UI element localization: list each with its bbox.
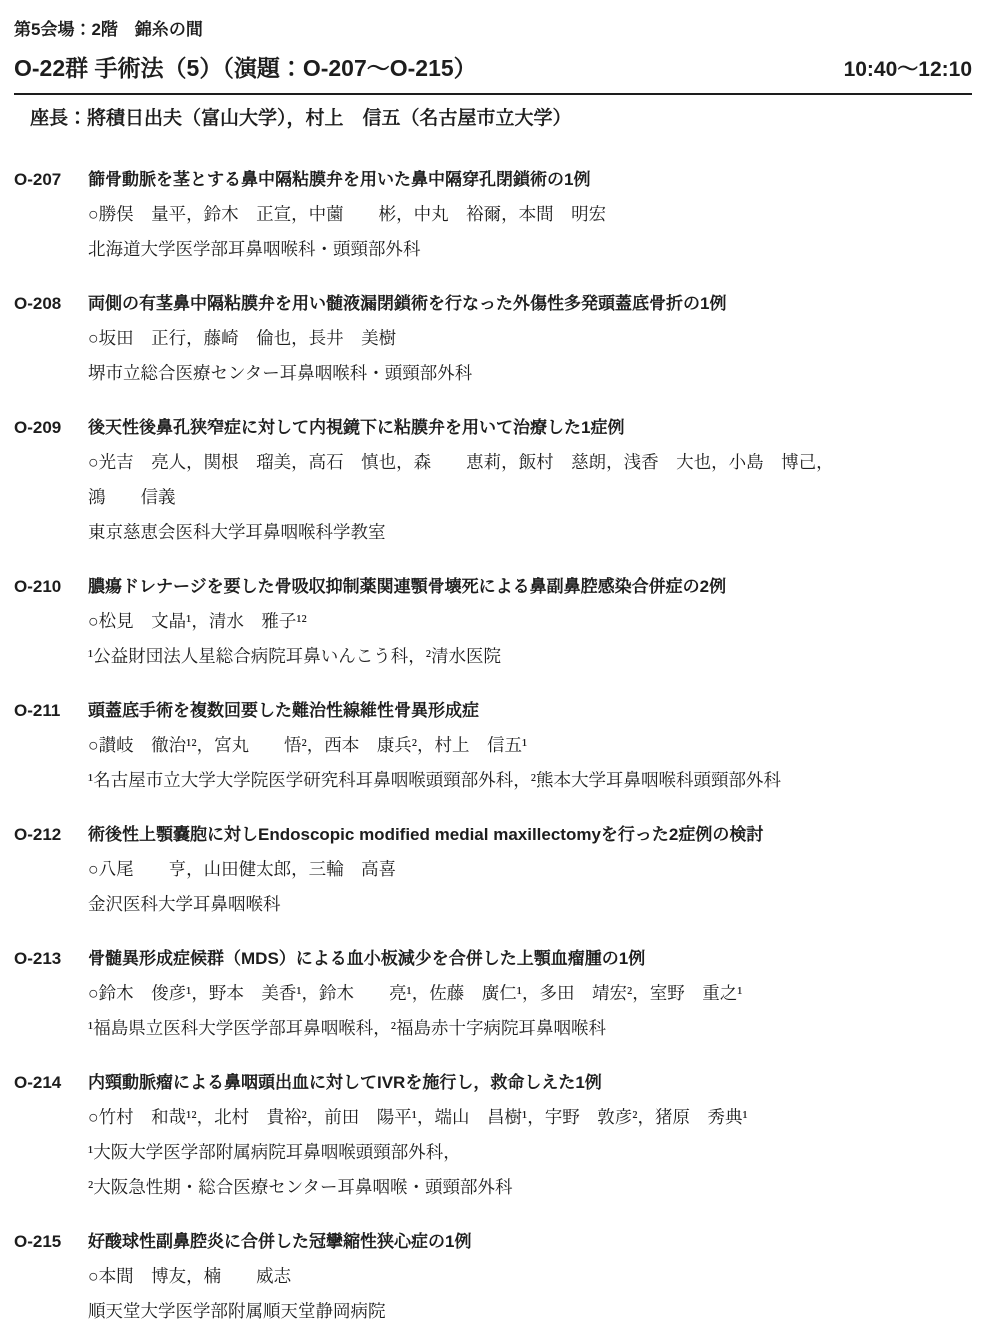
author-affiliation-line: ○本間 博友，楠 威志 bbox=[88, 1259, 972, 1294]
presentation-content: 両側の有茎鼻中隔粘膜弁を用い髄液漏閉鎖術を行なった外傷性多発頭蓋底骨折の1例 ○… bbox=[88, 286, 972, 391]
presentation-title: 好酸球性副鼻腔炎に合併した冠攣縮性狭心症の1例 bbox=[88, 1224, 972, 1259]
program-page: 第5会場：2階 錦糸の間 O-22群 手術法（5）（演題：O-207～O-215… bbox=[0, 0, 986, 1329]
presentation-content: 篩骨動脈を茎とする鼻中隔粘膜弁を用いた鼻中隔穿孔閉鎖術の1例 ○勝俣 量平，鈴木… bbox=[88, 162, 972, 267]
author-affiliation-line: ¹公益財団法人星総合病院耳鼻いんこう科，²清水医院 bbox=[88, 639, 972, 674]
presentation-entry: O-207 篩骨動脈を茎とする鼻中隔粘膜弁を用いた鼻中隔穿孔閉鎖術の1例 ○勝俣… bbox=[14, 162, 972, 267]
presentation-content: 内頸動脈瘤による鼻咽頭出血に対してIVRを施行し，救命しえた1例 ○竹村 和哉¹… bbox=[88, 1065, 972, 1205]
author-affiliation-line: ○坂田 正行，藤崎 倫也，長井 美樹 bbox=[88, 321, 972, 356]
author-affiliation-line: 北海道大学医学部耳鼻咽喉科・頭頸部外科 bbox=[88, 232, 972, 267]
author-affiliation-line: ²大阪急性期・総合医療センター耳鼻咽喉・頭頸部外科 bbox=[88, 1170, 972, 1205]
presentation-code: O-209 bbox=[14, 410, 88, 550]
presentation-content: 頭蓋底手術を複数回要した難治性線維性骨異形成症 ○讃岐 徹治¹²，宮丸 悟²，西… bbox=[88, 693, 972, 798]
session-header-row: O-22群 手術法（5）（演題：O-207～O-215） 10:40～12:10 bbox=[14, 50, 972, 95]
presentation-content: 術後性上顎嚢胞に対しEndoscopic modified medial max… bbox=[88, 817, 972, 922]
session-entries: O-207 篩骨動脈を茎とする鼻中隔粘膜弁を用いた鼻中隔穿孔閉鎖術の1例 ○勝俣… bbox=[14, 162, 972, 1329]
presentation-title: 篩骨動脈を茎とする鼻中隔粘膜弁を用いた鼻中隔穿孔閉鎖術の1例 bbox=[88, 162, 972, 197]
session-time: 10:40～12:10 bbox=[844, 53, 972, 83]
session-title: O-22群 手術法（5）（演題：O-207～O-215） bbox=[14, 50, 477, 83]
presentation-content: 膿瘍ドレナージを要した骨吸収抑制薬関連顎骨壊死による鼻副鼻腔感染合併症の2例 ○… bbox=[88, 569, 972, 674]
presentation-code: O-213 bbox=[14, 941, 88, 1046]
presentation-entry: O-208 両側の有茎鼻中隔粘膜弁を用い髄液漏閉鎖術を行なった外傷性多発頭蓋底骨… bbox=[14, 286, 972, 391]
presentation-entry: O-215 好酸球性副鼻腔炎に合併した冠攣縮性狭心症の1例 ○本間 博友，楠 威… bbox=[14, 1224, 972, 1329]
author-affiliation-line: 堺市立総合医療センター耳鼻咽喉科・頭頸部外科 bbox=[88, 356, 972, 391]
presentation-title: 術後性上顎嚢胞に対しEndoscopic modified medial max… bbox=[88, 817, 972, 852]
presentation-code: O-214 bbox=[14, 1065, 88, 1205]
presentation-entry: O-211 頭蓋底手術を複数回要した難治性線維性骨異形成症 ○讃岐 徹治¹²，宮… bbox=[14, 693, 972, 798]
author-affiliation-line: ¹大阪大学医学部附属病院耳鼻咽喉頭頸部外科， bbox=[88, 1135, 972, 1170]
presentation-entry: O-214 内頸動脈瘤による鼻咽頭出血に対してIVRを施行し，救命しえた1例 ○… bbox=[14, 1065, 972, 1205]
presentation-entry: O-210 膿瘍ドレナージを要した骨吸収抑制薬関連顎骨壊死による鼻副鼻腔感染合併… bbox=[14, 569, 972, 674]
presentation-code: O-208 bbox=[14, 286, 88, 391]
presentation-title: 両側の有茎鼻中隔粘膜弁を用い髄液漏閉鎖術を行なった外傷性多発頭蓋底骨折の1例 bbox=[88, 286, 972, 321]
presentation-content: 骨髄異形成症候群（MDS）による血小板減少を合併した上顎血瘤腫の1例 ○鈴木 俊… bbox=[88, 941, 972, 1046]
author-affiliation-line: ○松見 文晶¹，清水 雅子¹² bbox=[88, 604, 972, 639]
author-affiliation-line: 鴻 信義 bbox=[88, 480, 972, 515]
presentation-entry: O-209 後天性後鼻孔狭窄症に対して内視鏡下に粘膜弁を用いて治療した1症例 ○… bbox=[14, 410, 972, 550]
author-affiliation-line: 東京慈恵会医科大学耳鼻咽喉科学教室 bbox=[88, 515, 972, 550]
presentation-title: 膿瘍ドレナージを要した骨吸収抑制薬関連顎骨壊死による鼻副鼻腔感染合併症の2例 bbox=[88, 569, 972, 604]
author-affiliation-line: 順天堂大学医学部附属順天堂静岡病院 bbox=[88, 1294, 972, 1329]
author-affiliation-line: ¹福島県立医科大学医学部耳鼻咽喉科，²福島赤十字病院耳鼻咽喉科 bbox=[88, 1011, 972, 1046]
author-affiliation-line: ○光吉 亮人，関根 瑠美，高石 慎也，森 恵莉，飯村 慈朗，浅香 大也，小島 博… bbox=[88, 445, 972, 480]
author-affiliation-line: ○勝俣 量平，鈴木 正宣，中薗 彬，中丸 裕爾，本間 明宏 bbox=[88, 197, 972, 232]
author-affiliation-line: ○八尾 亨，山田健太郎，三輪 高喜 bbox=[88, 852, 972, 887]
session-chairs: 座長：將積日出夫（富山大学），村上 信五（名古屋市立大学） bbox=[30, 106, 972, 132]
presentation-code: O-212 bbox=[14, 817, 88, 922]
presentation-code: O-210 bbox=[14, 569, 88, 674]
author-affiliation-line: ○讃岐 徹治¹²，宮丸 悟²，西本 康兵²，村上 信五¹ bbox=[88, 728, 972, 763]
presentation-entry: O-213 骨髄異形成症候群（MDS）による血小板減少を合併した上顎血瘤腫の1例… bbox=[14, 941, 972, 1046]
presentation-entry: O-212 術後性上顎嚢胞に対しEndoscopic modified medi… bbox=[14, 817, 972, 922]
presentation-code: O-207 bbox=[14, 162, 88, 267]
author-affiliation-line: ¹名古屋市立大学大学院医学研究科耳鼻咽喉頭頸部外科，²熊本大学耳鼻咽喉科頭頸部外… bbox=[88, 763, 972, 798]
author-affiliation-line: ○竹村 和哉¹²，北村 貴裕²，前田 陽平¹，端山 昌樹¹，宇野 敦彦²，猪原 … bbox=[88, 1100, 972, 1135]
presentation-content: 後天性後鼻孔狭窄症に対して内視鏡下に粘膜弁を用いて治療した1症例 ○光吉 亮人，… bbox=[88, 410, 972, 550]
venue-line: 第5会場：2階 錦糸の間 bbox=[14, 18, 972, 42]
presentation-title: 頭蓋底手術を複数回要した難治性線維性骨異形成症 bbox=[88, 693, 972, 728]
presentation-title: 内頸動脈瘤による鼻咽頭出血に対してIVRを施行し，救命しえた1例 bbox=[88, 1065, 972, 1100]
presentation-content: 好酸球性副鼻腔炎に合併した冠攣縮性狭心症の1例 ○本間 博友，楠 威志順天堂大学… bbox=[88, 1224, 972, 1329]
author-affiliation-line: 金沢医科大学耳鼻咽喉科 bbox=[88, 887, 972, 922]
author-affiliation-line: ○鈴木 俊彦¹，野本 美香¹，鈴木 亮¹，佐藤 廣仁¹，多田 靖宏²，室野 重之… bbox=[88, 976, 972, 1011]
presentation-title: 後天性後鼻孔狭窄症に対して内視鏡下に粘膜弁を用いて治療した1症例 bbox=[88, 410, 972, 445]
presentation-code: O-215 bbox=[14, 1224, 88, 1329]
presentation-title: 骨髄異形成症候群（MDS）による血小板減少を合併した上顎血瘤腫の1例 bbox=[88, 941, 972, 976]
presentation-code: O-211 bbox=[14, 693, 88, 798]
